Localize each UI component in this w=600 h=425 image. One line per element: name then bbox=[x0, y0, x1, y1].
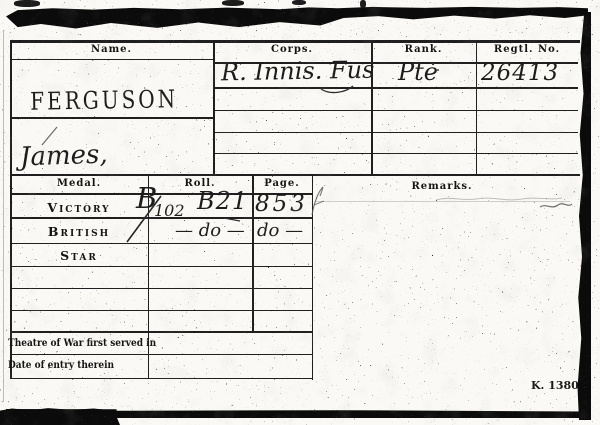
remarks-squiggle-dash-stroke bbox=[314, 201, 324, 205]
regtl-no-handwritten: 26413 bbox=[481, 62, 559, 85]
surname-handwritten: FERGUSON bbox=[30, 86, 178, 113]
victory-roll-code-handwritten: B21 bbox=[197, 189, 248, 213]
theatre-of-war-label: Theatre of War first served in bbox=[8, 338, 156, 349]
name-column-header: Name. bbox=[10, 44, 213, 55]
forename-handwritten: James, bbox=[20, 141, 108, 170]
rule-rank-regtl-divider bbox=[476, 40, 478, 174]
medal-row-label-star: Star bbox=[10, 248, 148, 263]
page-column-header: Page. bbox=[252, 178, 312, 189]
remarks-header: Remarks. bbox=[312, 181, 572, 192]
paper-edge-left bbox=[3, 30, 4, 402]
medal-row-label-british: British bbox=[10, 224, 148, 239]
rule-name-header-underline bbox=[10, 59, 213, 61]
scan-smudge-top-4 bbox=[360, 0, 366, 8]
corps-handwritten: R. Innis. Fus bbox=[221, 58, 375, 85]
scan-edge-top bbox=[6, 6, 588, 29]
victory-page-handwritten: 853 bbox=[255, 193, 308, 216]
rule-corps-row2 bbox=[213, 110, 578, 111]
british-roll-ditto-handwritten: — do — bbox=[175, 222, 245, 240]
rule-corps-row1 bbox=[213, 87, 578, 89]
rule-blank-row3 bbox=[10, 331, 312, 333]
corps-column-header: Corps. bbox=[213, 44, 371, 55]
rule-section-divider bbox=[10, 174, 580, 177]
medal-column-header: Medal. bbox=[10, 178, 148, 189]
scan-smudge-top-2 bbox=[222, 0, 244, 6]
scan-smudge-top-3 bbox=[292, 0, 306, 5]
british-page-ditto-handwritten: do — bbox=[257, 222, 303, 240]
rank-handwritten: Pte bbox=[398, 60, 438, 84]
rule-british-row bbox=[10, 243, 312, 245]
regtl-no-column-header: Regtl. No. bbox=[476, 44, 578, 55]
date-of-entry-label: Date of entry therein bbox=[8, 360, 114, 371]
rule-star-row bbox=[10, 266, 312, 268]
scan-smudge-top-1 bbox=[14, 0, 40, 7]
rank-column-header: Rank. bbox=[371, 44, 476, 55]
rule-top-border bbox=[10, 40, 580, 43]
rule-roll-page-divider bbox=[252, 174, 254, 332]
rule-surname-underline bbox=[10, 117, 213, 119]
rule-blank-row1 bbox=[10, 288, 312, 289]
medal-row-label-victory: Victory bbox=[10, 200, 148, 215]
remarks-scribble-stroke bbox=[540, 204, 572, 207]
form-code: K. 1380 bbox=[531, 379, 579, 392]
rule-page-remarks-divider bbox=[312, 174, 314, 380]
rule-remarks-faint bbox=[316, 201, 570, 202]
medal-index-card: Name. Corps. Rank. Regtl. No. Medal. Rol… bbox=[0, 0, 600, 425]
scan-edge-right bbox=[576, 12, 591, 420]
rule-corps-row3 bbox=[213, 132, 578, 133]
rule-blank-row2 bbox=[10, 310, 312, 311]
rule-corps-row4 bbox=[213, 153, 578, 154]
rule-theatre-row bbox=[10, 354, 312, 356]
scan-edge-bottom-left-blob bbox=[0, 407, 120, 425]
victory-roll-denominator-handwritten: 102 bbox=[154, 203, 185, 219]
rule-name-corps-divider bbox=[213, 40, 215, 174]
rule-bottom-border bbox=[10, 378, 312, 380]
